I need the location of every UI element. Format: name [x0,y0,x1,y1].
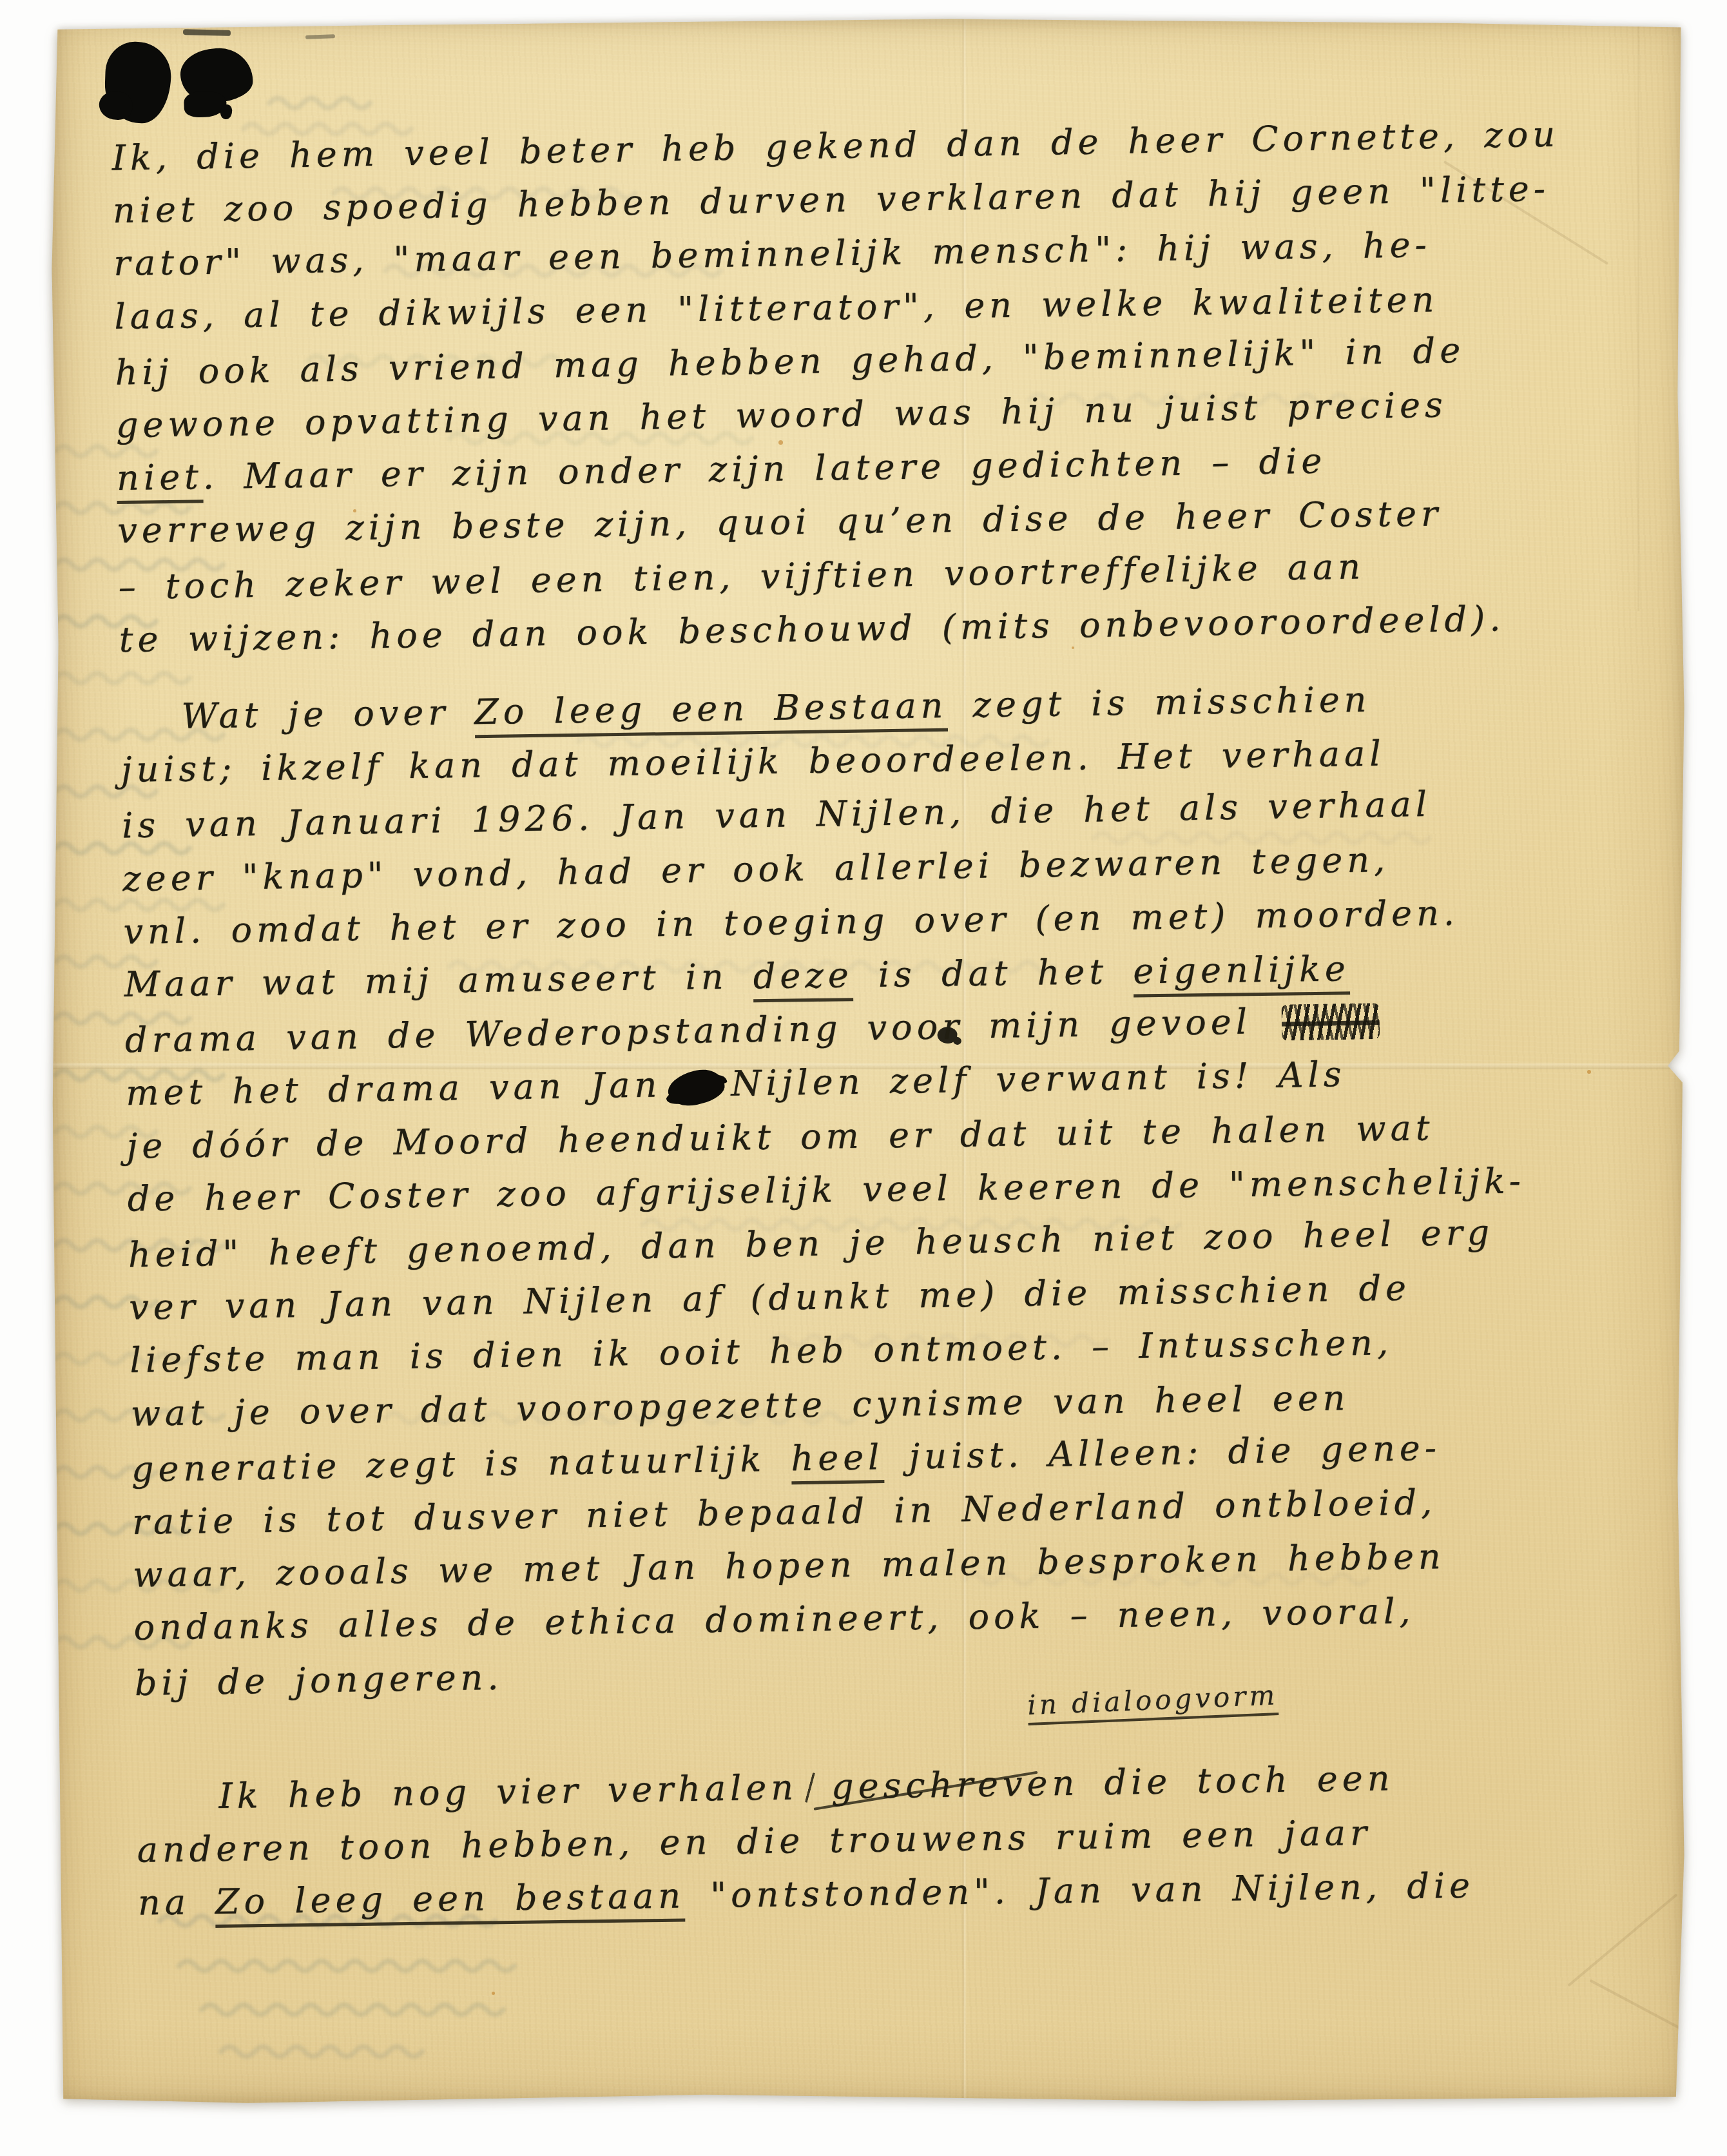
handwriting-line: bij de jongeren. [134,1660,503,1702]
insertion-caret [804,1772,831,1807]
handwriting-text: zeer "knap" vond, had er ook allerlei be… [122,839,1390,899]
handwriting-line: gewone opvatting van het woord was hij n… [115,387,1447,444]
handwriting-text: . Maar er zijn onder zijn latere gedicht… [202,441,1326,498]
handwriting-layer: in dialoogvorm Ik, die hem veel beter he… [35,0,1701,2106]
handwriting-line: met het drama van JanNijlen zelf verwant… [126,1056,1346,1113]
inserted-text: in dialoogvorm [1027,1682,1279,1725]
handwriting-line: is van Januari 1926. Jan van Nijlen, die… [122,786,1432,844]
letter-scan: in dialoogvorm Ik, die hem veel beter he… [0,0,1727,2156]
handwriting-line: Wat je over Zo leeg een Bestaan zegt is … [181,682,1371,735]
handwriting-text: "ontstonden". Jan van Nijlen, die [685,1865,1475,1916]
handwriting-line: ondanks alles de ethica domineert, ook –… [133,1593,1415,1646]
handwriting-line: drama van de Wederopstanding voor mijn g… [125,1002,1380,1060]
handwriting-text: je dóór de Moord heenduikt om er dat uit… [126,1107,1434,1167]
handwriting-text: waar, zooals we met Jan hopen malen besp… [133,1536,1445,1595]
handwriting-text: zegt is misschien [947,679,1371,726]
handwriting-text: – toch zeker wel een tien, vijftien voor… [118,546,1365,607]
handwriting-text: met het drama van Jan [126,1064,662,1113]
handwriting-text: Zo leeg een bestaan [215,1876,686,1928]
handwriting-text: anderen toon hebben, en die trouwens rui… [137,1812,1371,1870]
handwriting-line: de heer Coster zoo afgrijselijk veel kee… [127,1163,1525,1218]
ink-blot-over-word [665,1065,728,1110]
handwriting-line: hij ook als vriend mag hebben gehad, "be… [115,333,1465,391]
handwriting-line: juist; ikzelf kan dat moeilijk beoordeel… [121,735,1385,788]
handwriting-text: heid" heeft genoemd, dan ben je heusch n… [128,1212,1494,1275]
handwriting-line: anderen toon hebben, en die trouwens rui… [137,1815,1371,1869]
handwriting-line: waar, zooals we met Jan hopen malen besp… [133,1539,1445,1593]
handwriting-text: is dat het [853,951,1133,996]
handwriting-line: ratie is tot dusver niet bepaald in Nede… [132,1484,1437,1541]
handwriting-line: Maar wat mij amuseert in deze is dat het… [124,951,1350,1003]
handwriting-text: Ik, die hem veel beter heb gekend dan de… [111,114,1559,179]
scratched-out-word [1282,1003,1380,1041]
handwriting-text: ondanks alles de ethica domineert, ook –… [133,1591,1415,1648]
handwriting-line: generatie zegt is natuurlijk heel juist.… [131,1430,1441,1488]
handwriting-text: niet zoo spoedig hebben durven verklaren… [112,168,1550,231]
handwriting-line: verreweg zijn beste zijn, quoi qu’en dis… [117,496,1442,549]
handwriting-line: laas, al te dikwijls een "litterator", e… [114,282,1439,335]
handwriting-line: vnl. omdat het er zoo in toeging over (e… [123,895,1459,951]
handwriting-text: generatie zegt is natuurlijk [131,1438,791,1490]
handwriting-text: Zo leeg een Bestaan [474,685,948,738]
handwriting-text: verreweg zijn beste zijn, quoi qu’en dis… [117,493,1442,551]
handwriting-text: wat je over dat vooropgezette cynisme va… [130,1377,1350,1433]
handwriting-text: ratie is tot dusver niet bepaald in Nede… [132,1482,1437,1542]
handwriting-text: juist. Alleen: die gene- [883,1428,1442,1477]
handwriting-line: zeer "knap" vond, had er ook allerlei be… [122,842,1390,898]
handwriting-text: rator" was, "maar een beminnelijk mensch… [113,224,1431,284]
handwriting-text: te wijzen: hoe dan ook beschouwd (mits o… [119,598,1505,660]
handwriting-line: niet zoo spoedig hebben durven verklaren… [113,171,1550,229]
handwriting-line: wat je over dat vooropgezette cynisme va… [130,1380,1349,1432]
handwriting-line: ver van Jan van Nijlen af (dunkt me) die… [129,1270,1411,1326]
scanner-background: { "letter": { "description_language": "D… [0,0,1727,2156]
handwriting-text: Ik heb nog vier verhalen [218,1767,798,1816]
handwriting-line: Ik heb nog vier verhalengeschreven die t… [218,1760,1394,1815]
handwriting-line: te wijzen: hoe dan ook beschouwd (mits o… [119,601,1505,659]
handwriting-line: je dóór de Moord heenduikt om er dat uit… [126,1110,1434,1165]
handwriting-text: Maar wat mij amuseert in [124,956,753,1005]
letter-paper: in dialoogvorm Ik, die hem veel beter he… [50,18,1686,2105]
handwriting-text: drama van de Wederopstanding voor mijn g… [125,1001,1277,1061]
handwriting-text: niet [117,456,204,504]
handwriting-text: laas, al te dikwijls een "litterator", e… [114,279,1439,337]
handwriting-text: na [137,1881,215,1923]
handwriting-line: – toch zeker wel een tien, vijftien voor… [118,549,1365,606]
handwriting-text: liefste man is dien ik ooit heb ontmoet.… [130,1322,1393,1381]
handwriting-text: Wat je over [181,692,475,736]
handwriting-text: is van Januari 1926. Jan van Nijlen, die… [122,784,1432,846]
handwriting-text: de heer Coster zoo afgrijselijk veel kee… [127,1161,1525,1219]
handwriting-text: hij ook als vriend mag hebben gehad, "be… [115,330,1465,393]
handwriting-text: bij de jongeren. [134,1657,503,1704]
handwriting-line: rator" was, "maar een beminnelijk mensch… [113,227,1431,282]
handwriting-line: heid" heeft genoemd, dan ben je heusch n… [128,1214,1494,1274]
handwriting-text: eigenlijke [1133,948,1350,997]
handwriting-text: vnl. omdat het er zoo in toeging over (e… [123,893,1459,952]
paper-sheet: in dialoogvorm Ik, die hem veel beter he… [50,18,1686,2105]
handwriting-line: niet. Maar er zijn onder zijn latere ged… [117,443,1327,497]
handwriting-text: heel [791,1437,884,1484]
handwriting-line: na Zo leeg een bestaan "ontstonden". Jan… [138,1868,1475,1921]
handwriting-text: ver van Jan van Nijlen af (dunkt me) die… [129,1268,1411,1328]
handwriting-text: geschreven die toch een [831,1758,1394,1807]
handwriting-text: Nijlen zelf verwant is! Als [731,1054,1346,1104]
handwriting-line: liefste man is dien ik ooit heb ontmoet.… [130,1325,1393,1379]
handwriting-text: gewone opvatting van het woord was hij n… [115,385,1447,446]
handwriting-text: juist; ikzelf kan dat moeilijk beoordeel… [121,733,1385,790]
handwriting-text: deze [753,955,853,1002]
handwriting-line: Ik, die hem veel beter heb gekend dan de… [111,117,1559,177]
